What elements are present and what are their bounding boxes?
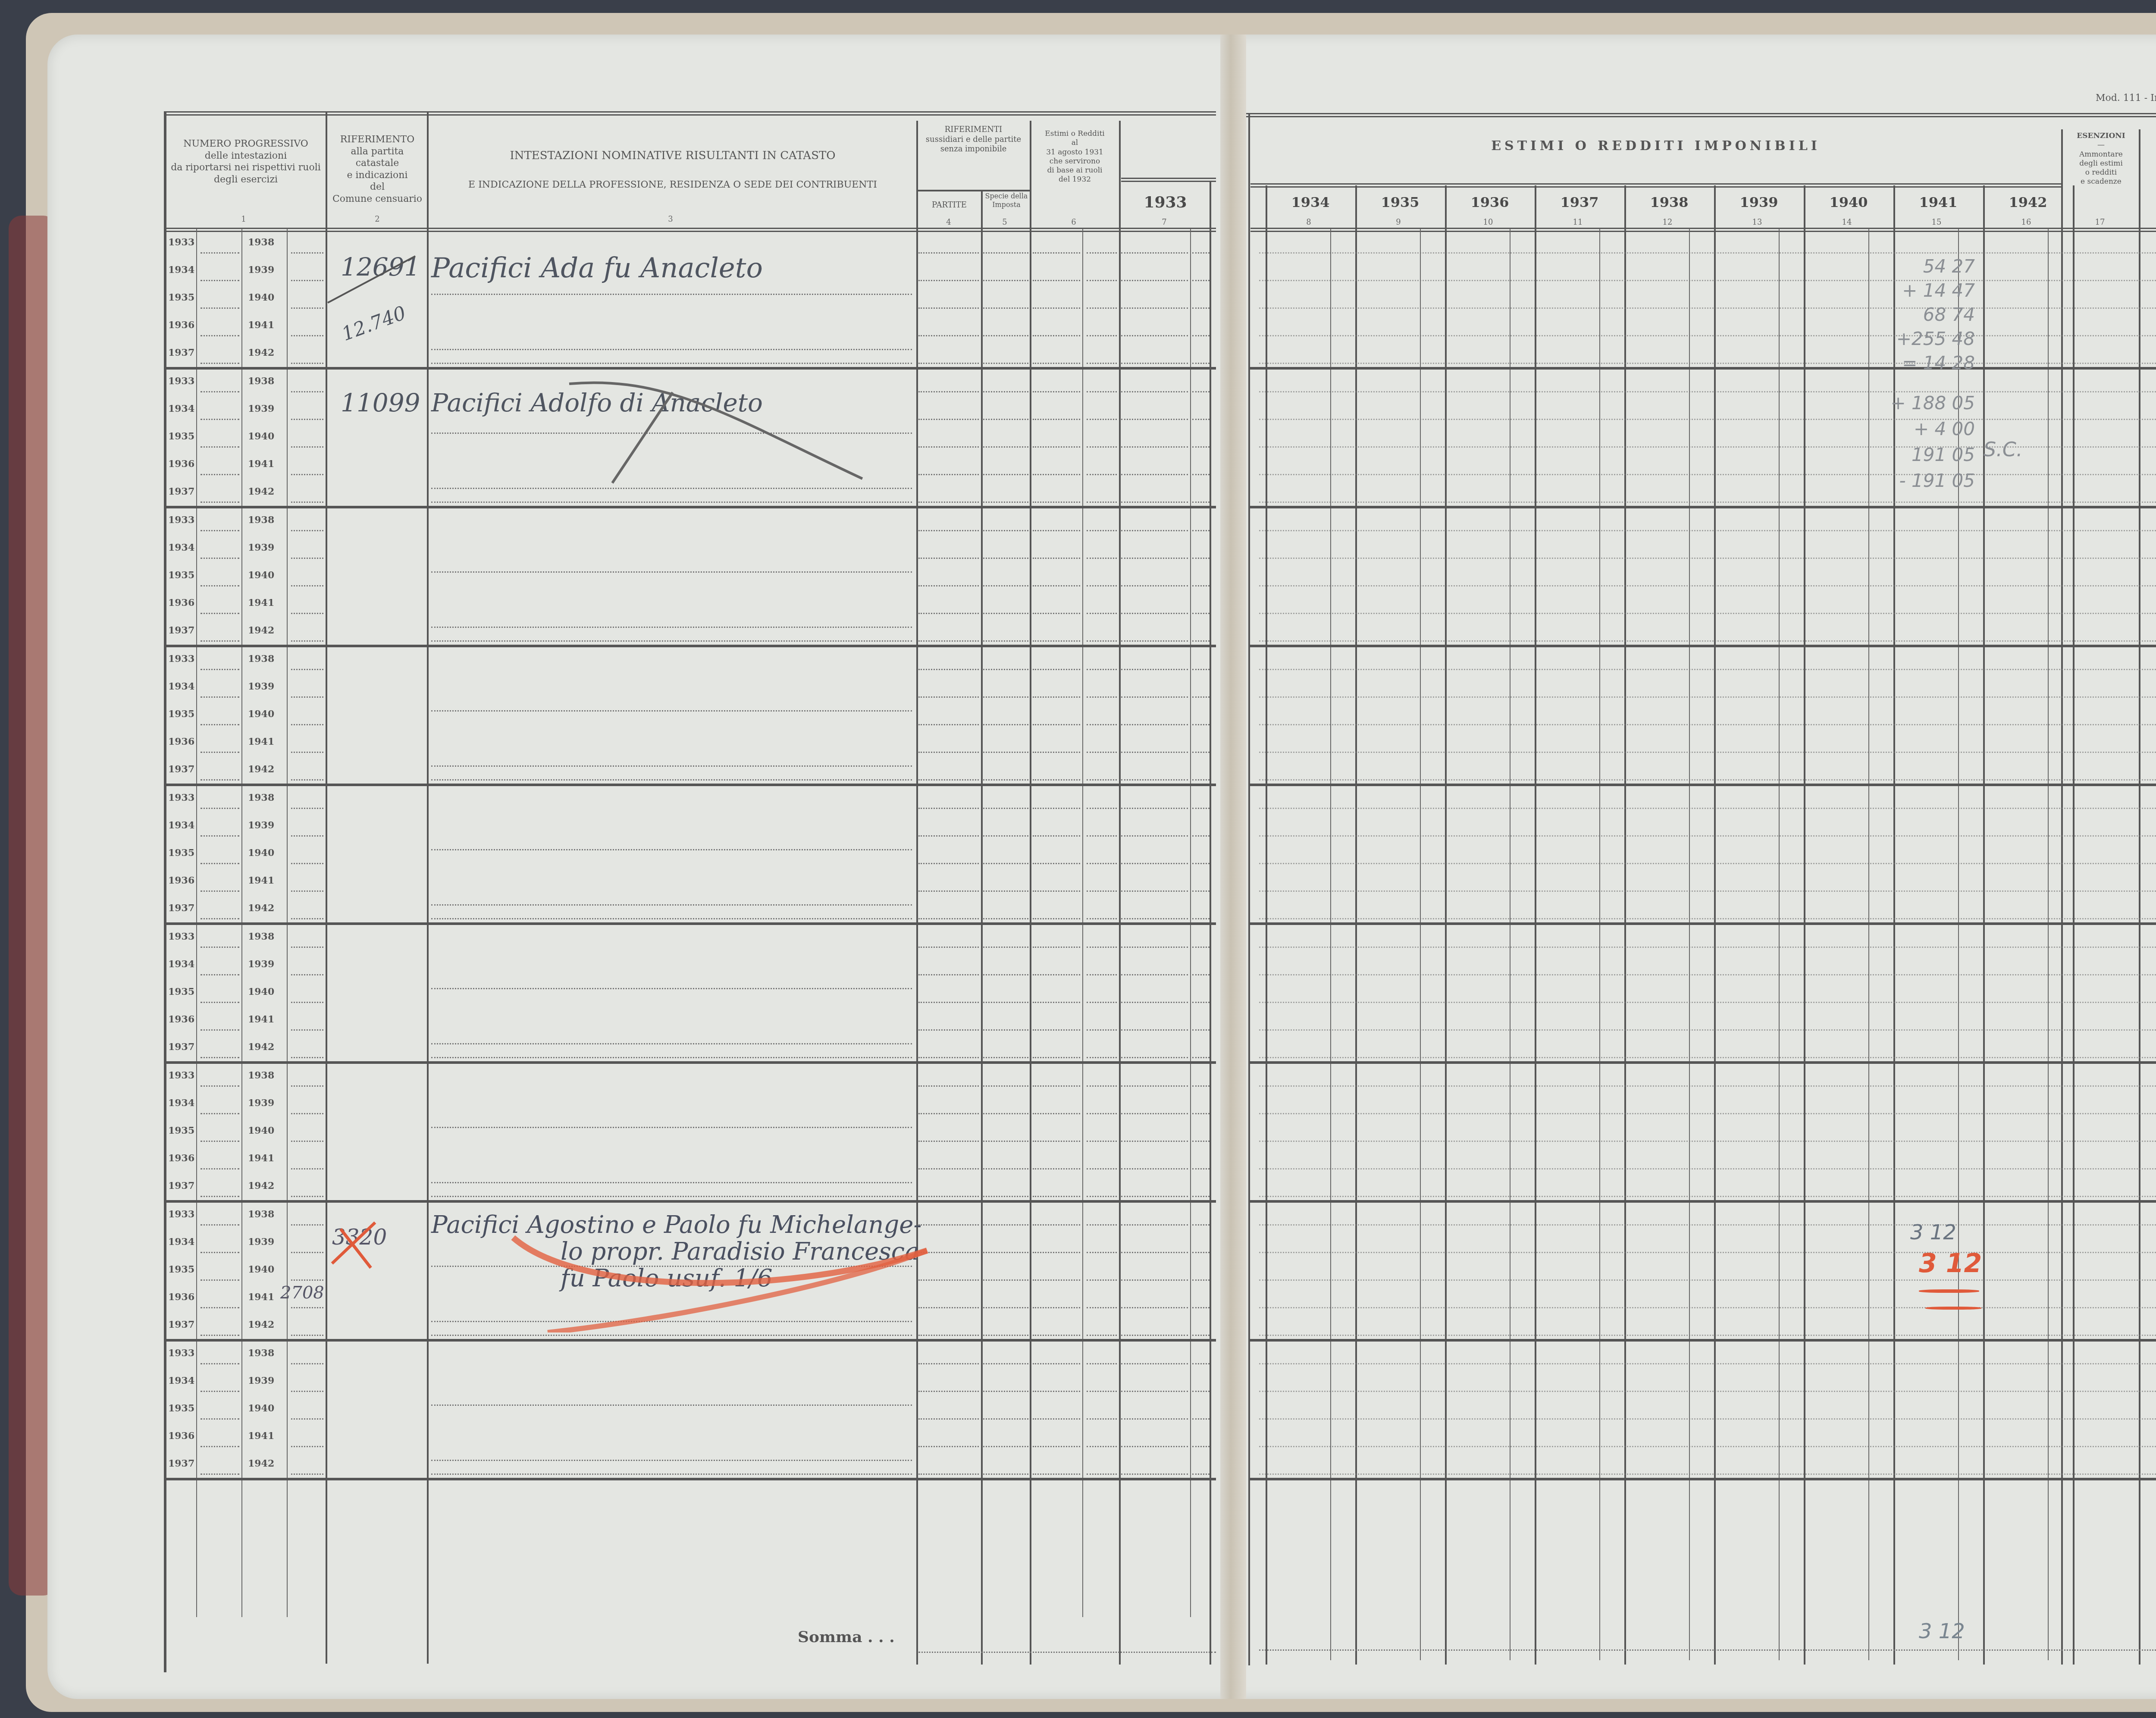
year-col-divider — [1714, 185, 1716, 1665]
row-year-right: 1939 — [248, 403, 274, 414]
row-year-right: 1941 — [248, 1153, 274, 1164]
row-year-left: 1934 — [168, 1236, 194, 1248]
row-year-right: 1939 — [248, 959, 274, 970]
header-year-1936: 1936 — [1445, 194, 1535, 210]
row-year-right: 1942 — [248, 486, 274, 497]
header-col6: Estimi o Redditi al 31 agosto 1931 che s… — [1031, 129, 1119, 185]
entry-1-name: Pacifici Ada fu Anacleto — [431, 252, 763, 284]
header-col2-line: Comune censuario — [328, 193, 427, 205]
row-year-right: 1940 — [248, 570, 274, 581]
col-number: 11 — [1569, 218, 1586, 227]
row-year-left: 1937 — [168, 1180, 194, 1191]
row-year-left: 1937 — [168, 903, 194, 914]
header-col6-line: 31 agosto 1931 — [1031, 148, 1119, 157]
header-esenzioni-line: e scadenze — [2063, 177, 2139, 186]
row-year-left: 1935 — [168, 570, 194, 581]
header-year-1939: 1939 — [1714, 194, 1804, 210]
row-year-right: 1938 — [248, 653, 274, 665]
row-year-right: 1940 — [248, 986, 274, 997]
row-year-right: 1940 — [248, 1264, 274, 1275]
header-col45-title: RIFERIMENTI — [916, 125, 1031, 135]
row-year-left: 1937 — [168, 1041, 194, 1053]
page-gutter — [1220, 34, 1246, 1699]
row-year-right: 1942 — [248, 903, 274, 914]
value-line: + 188 05 — [1867, 390, 1975, 416]
year-col-divider — [1355, 185, 1357, 1665]
row-year-right: 1940 — [248, 709, 274, 720]
year-col-divider — [1535, 185, 1536, 1665]
header-year-1937: 1937 — [1535, 194, 1624, 210]
form-title: Mod. 111 - Imposte Dirette (Intercalare)… — [2096, 93, 2156, 103]
row-year-right: 1941 — [248, 875, 274, 886]
row-year-right: 1940 — [248, 1403, 274, 1414]
row-year-left: 1935 — [168, 431, 194, 442]
row-year-left: 1933 — [168, 237, 194, 248]
somma-value-1941: 3 12 — [1919, 1619, 1965, 1643]
value-line: 54 27 — [1880, 254, 1975, 279]
row-year-right: 1941 — [248, 1292, 274, 1303]
header-esenzioni-line: degli estimi — [2063, 159, 2139, 168]
col-number: 2 — [367, 215, 388, 224]
entry-2-note: S.C. — [1984, 438, 2023, 461]
header-col2: RIFERIMENTO alla partita catastale e ind… — [328, 134, 427, 205]
row-year-right: 1940 — [248, 1125, 274, 1136]
col-number: 7 — [1156, 218, 1173, 227]
row-year-right: 1938 — [248, 931, 274, 942]
entry-2-riferimento: 11099 — [341, 388, 420, 417]
col-number: 16 — [2018, 218, 2035, 227]
row-year-left: 1937 — [168, 764, 194, 775]
header-esenzioni-title: ESENZIONI — [2063, 132, 2139, 141]
row-year-left: 1934 — [168, 1375, 194, 1386]
header-specie-imposta: Specie della Imposta — [983, 192, 1030, 209]
row-year-right: 1938 — [248, 1348, 274, 1359]
row-year-right: 1941 — [248, 1430, 274, 1442]
row-year-left: 1933 — [168, 1209, 194, 1220]
row-year-left: 1933 — [168, 1070, 194, 1081]
row-year-left: 1935 — [168, 1125, 194, 1136]
header-col2-line: e indicazioni — [328, 169, 427, 182]
entry-8-red-value-1941: 3 12 — [1919, 1248, 1982, 1279]
row-year-right: 1941 — [248, 320, 274, 331]
value-line: +255 48 — [1880, 327, 1975, 351]
header-partite: PARTITE — [918, 201, 981, 210]
row-year-right: 1938 — [248, 1070, 274, 1081]
row-year-right: 1939 — [248, 264, 274, 276]
col-number: 17 — [2091, 218, 2109, 227]
col-number: 12 — [1659, 218, 1676, 227]
row-year-left: 1933 — [168, 653, 194, 665]
row-year-right: 1938 — [248, 376, 274, 387]
col-number: 6 — [1065, 218, 1082, 227]
header-year-1942: 1942 — [1983, 194, 2073, 210]
row-year-left: 1936 — [168, 320, 194, 331]
row-year-left: 1936 — [168, 597, 194, 608]
estimi-title: ESTIMI O REDDITI IMPONIBILI — [1250, 138, 2061, 154]
col-number: 1 — [233, 215, 254, 224]
row-year-right: 1942 — [248, 1458, 274, 1469]
row-year-left: 1936 — [168, 1292, 194, 1303]
col-number: 15 — [1928, 218, 1945, 227]
header-col6-line: del 1932 — [1031, 175, 1119, 184]
row-year-left: 1935 — [168, 1264, 194, 1275]
row-year-right: 1939 — [248, 1375, 274, 1386]
row-year-left: 1935 — [168, 1403, 194, 1414]
header-col2-line: alla partita catastale — [328, 146, 427, 169]
row-year-right: 1940 — [248, 431, 274, 442]
row-year-right: 1939 — [248, 1236, 274, 1248]
row-year-left: 1934 — [168, 542, 194, 553]
entry-1-riferimento: 12691 — [341, 252, 420, 282]
row-year-left: 1937 — [168, 486, 194, 497]
year-col-divider — [1266, 185, 1267, 1665]
value-line: = 14 28 — [1880, 351, 1975, 375]
row-year-left: 1934 — [168, 264, 194, 276]
header-col6-line: che servirono — [1031, 157, 1119, 166]
row-year-left: 1937 — [168, 1319, 194, 1330]
row-year-left: 1936 — [168, 1430, 194, 1442]
row-year-right: 1939 — [248, 820, 274, 831]
header-col1-title: NUMERO PROGRESSIVO — [166, 138, 326, 150]
header-esenzioni-dash: — — [2063, 141, 2139, 150]
cents-divider — [1330, 229, 1331, 1660]
row-year-left: 1934 — [168, 403, 194, 414]
year-col-divider — [1624, 185, 1626, 1665]
row-year-right: 1940 — [248, 847, 274, 859]
red-underline — [1919, 1289, 1979, 1293]
entry-8-riferimento-new: 2708 — [280, 1283, 324, 1303]
row-year-right: 1941 — [248, 458, 274, 470]
value-line: - 191 05 — [1867, 468, 1975, 494]
value-line: + 4 00 — [1867, 416, 1975, 442]
header-col2-title: RIFERIMENTO — [328, 134, 427, 146]
row-year-right: 1939 — [248, 681, 274, 692]
header-col6-line: al — [1031, 138, 1119, 147]
cents-divider — [1510, 229, 1510, 1660]
row-year-left: 1935 — [168, 986, 194, 997]
row-year-right: 1941 — [248, 1014, 274, 1025]
cents-divider — [1420, 229, 1421, 1660]
col-number: 13 — [1749, 218, 1766, 227]
cents-divider — [1599, 229, 1600, 1660]
header-col1: NUMERO PROGRESSIVO delle intestazioni da… — [166, 138, 326, 185]
cents-divider — [2048, 229, 2049, 1660]
header-year-1934: 1934 — [1266, 194, 1355, 210]
header-col45-line: sussidiari e delle partite — [916, 135, 1031, 145]
row-year-left: 1935 — [168, 292, 194, 303]
header-col3-subtitle: E INDICAZIONE DELLA PROFESSIONE, RESIDEN… — [429, 179, 916, 191]
red-underline — [1925, 1307, 1981, 1310]
col-number: 10 — [1479, 218, 1497, 227]
header-col45-line: senza imponibile — [916, 144, 1031, 154]
entry-2-crossout-mark — [561, 375, 888, 487]
header-col6-title: Estimi o Redditi — [1031, 129, 1119, 138]
row-year-left: 1937 — [168, 625, 194, 636]
row-year-right: 1942 — [248, 764, 274, 775]
col-number: 8 — [1300, 218, 1317, 227]
row-year-left: 1934 — [168, 1097, 194, 1109]
header-col45: RIFERIMENTI sussidiari e delle partite s… — [916, 125, 1031, 154]
header-esenzioni-line: Ammontare — [2063, 150, 2139, 159]
header-col1-line: delle intestazioni — [166, 150, 326, 162]
row-year-right: 1942 — [248, 347, 274, 358]
header-esenzioni-line: o redditi — [2063, 168, 2139, 177]
value-line: 191 05 — [1867, 442, 1975, 468]
row-year-left: 1936 — [168, 875, 194, 886]
row-year-right: 1938 — [248, 792, 274, 803]
row-year-right: 1942 — [248, 1041, 274, 1053]
header-esenzioni: ESENZIONI — Ammontare degli estimi o red… — [2063, 132, 2139, 187]
row-year-left: 1934 — [168, 959, 194, 970]
row-year-left: 1933 — [168, 1348, 194, 1359]
row-year-right: 1938 — [248, 237, 274, 248]
row-year-left: 1936 — [168, 458, 194, 470]
year-col-divider — [1983, 185, 1985, 1665]
row-year-right: 1939 — [248, 1097, 274, 1109]
row-year-left: 1933 — [168, 931, 194, 942]
header-year-1941: 1941 — [1893, 194, 1983, 210]
entry-1-values-1941: 54 27 + 14 47 68 74 +255 48 = 14 28 — [1880, 254, 1975, 375]
entry-8-value-1941: 3 12 — [1910, 1220, 1956, 1245]
row-year-left: 1933 — [168, 514, 194, 526]
row-year-right: 1942 — [248, 1319, 274, 1330]
row-year-left: 1933 — [168, 792, 194, 803]
row-year-right: 1942 — [248, 625, 274, 636]
value-line: 68 74 — [1880, 303, 1975, 327]
col-number: 3 — [660, 215, 681, 224]
header-year-1935: 1935 — [1355, 194, 1445, 210]
row-year-left: 1936 — [168, 1014, 194, 1025]
header-annotazioni: ANNOTAZIONI — [2141, 166, 2156, 179]
header-col3-title: INTESTAZIONI NOMINATIVE RISULTANTI IN CA… — [429, 149, 916, 163]
header-year-1940: 1940 — [1804, 194, 1893, 210]
entry-8-red-strikethrough — [496, 1233, 949, 1332]
header-col1-line: degli esercizi — [166, 174, 326, 186]
value-line: + 14 47 — [1880, 279, 1975, 303]
row-year-left: 1934 — [168, 820, 194, 831]
year-col-divider — [1804, 185, 1805, 1665]
year-col-divider — [1445, 185, 1447, 1665]
row-year-left: 1936 — [168, 1153, 194, 1164]
entry-8-riferimento-cross-icon — [328, 1220, 379, 1272]
header-col2-line: del — [328, 181, 427, 193]
somma-label: Somma . . . — [798, 1628, 895, 1646]
header-col6-line: di base ai ruoli — [1031, 166, 1119, 175]
header-year-1938: 1938 — [1624, 194, 1714, 210]
row-year-right: 1940 — [248, 292, 274, 303]
row-year-left: 1936 — [168, 736, 194, 747]
entry-2-values-1941: + 188 05 + 4 00 191 05 - 191 05 — [1867, 390, 1975, 494]
col-number: 9 — [1390, 218, 1407, 227]
header-year-1933: 1933 — [1121, 193, 1210, 211]
row-year-right: 1941 — [248, 597, 274, 608]
row-year-left: 1935 — [168, 709, 194, 720]
cents-divider — [1779, 229, 1780, 1660]
row-year-right: 1941 — [248, 736, 274, 747]
row-year-left: 1934 — [168, 681, 194, 692]
row-year-left: 1937 — [168, 347, 194, 358]
row-year-left: 1933 — [168, 376, 194, 387]
row-year-right: 1939 — [248, 542, 274, 553]
row-year-right: 1942 — [248, 1180, 274, 1191]
col-number: 14 — [1838, 218, 1855, 227]
col-number: 4 — [940, 218, 957, 227]
cents-divider — [1689, 229, 1690, 1660]
col-number: 5 — [996, 218, 1013, 227]
row-year-left: 1935 — [168, 847, 194, 859]
row-year-right: 1938 — [248, 514, 274, 526]
row-year-right: 1938 — [248, 1209, 274, 1220]
row-year-left: 1937 — [168, 1458, 194, 1469]
header-col1-line: da riportarsi nei rispettivi ruoli — [166, 162, 326, 174]
